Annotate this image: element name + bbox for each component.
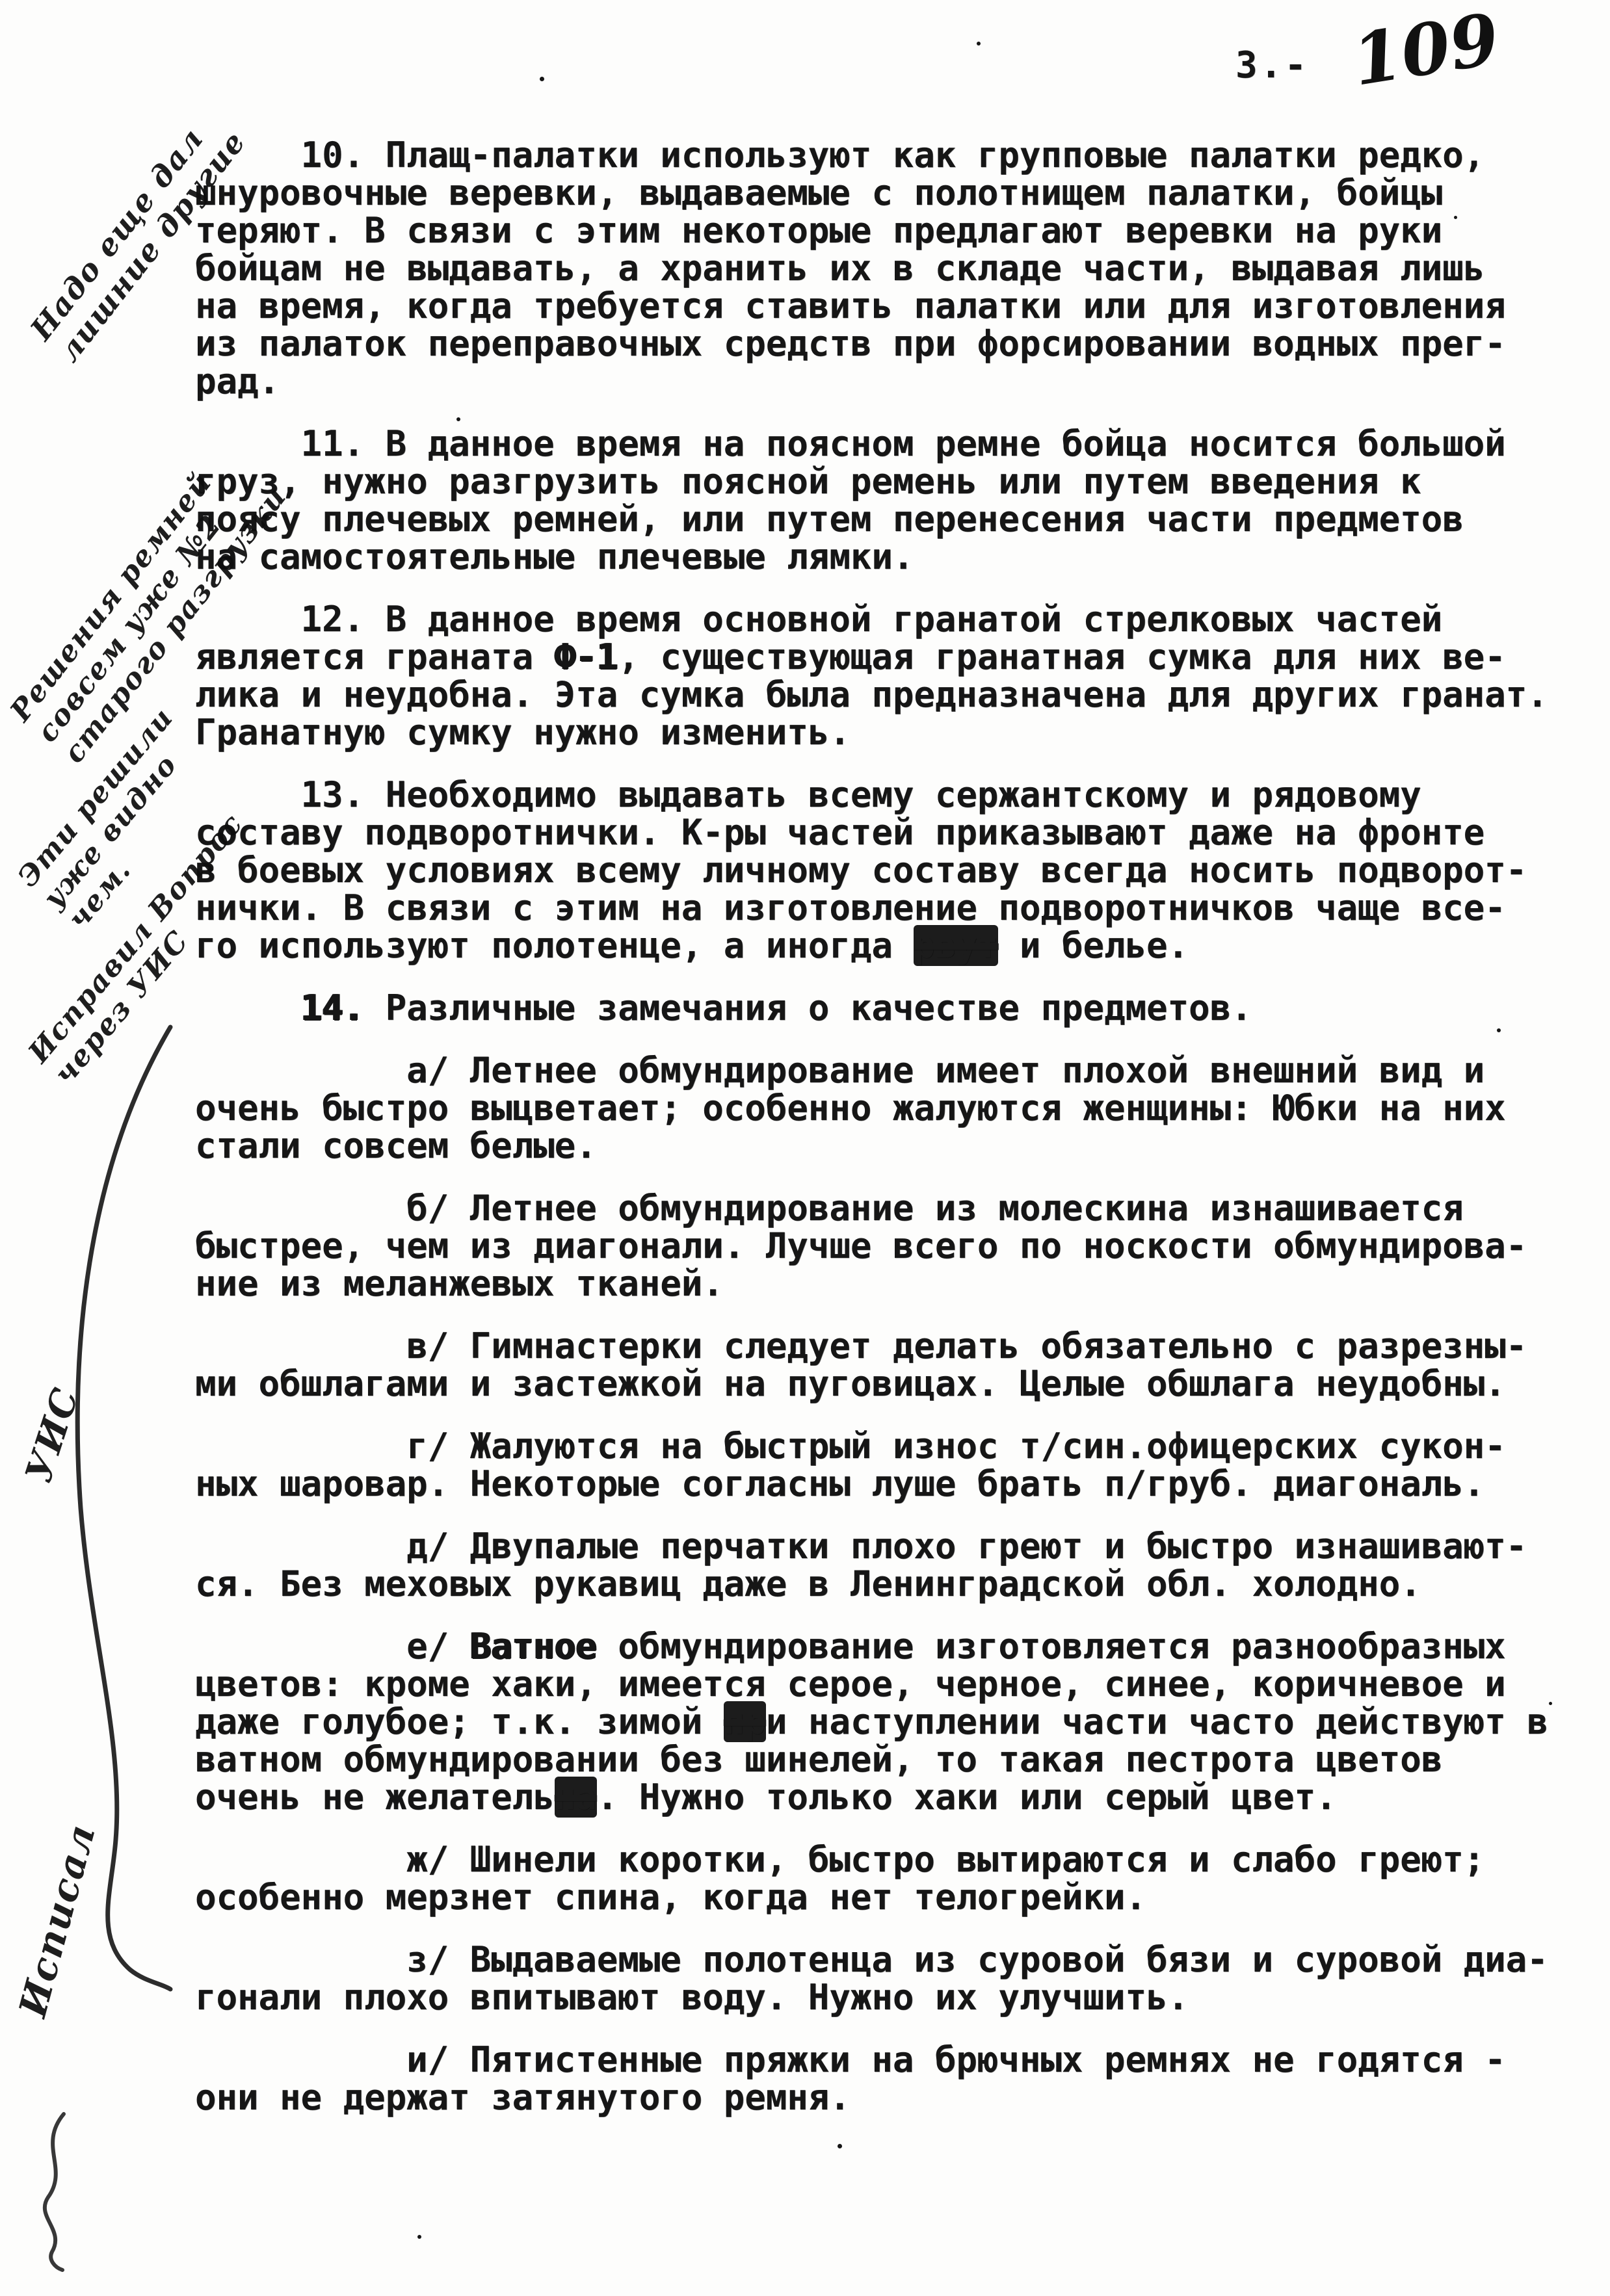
paragraph-item-10: 10. Плащ-палатки используют как групповы… — [195, 137, 1600, 400]
paragraph-item-11: 11. В данное время на поясном ремне бойц… — [195, 425, 1600, 576]
typed-run: на самостоятельные плечевые лямки. — [195, 536, 914, 577]
page-number: 3.- — [1235, 44, 1309, 86]
margin-brace-line — [40, 1014, 222, 2002]
typed-run: лика и неудобна. Эта сумка была предназн… — [195, 674, 1548, 715]
ink-speck — [977, 42, 981, 46]
paragraph-item-14-z: з/ Выдаваемые полотенца из суровой бязи … — [195, 1941, 1600, 2016]
typed-run: 11. В данное время на поясном ремне бойц… — [195, 423, 1506, 464]
typed-run: ся. Без меховых рукавиц даже в Ленинград… — [195, 1563, 1421, 1604]
typed-run: з/ Выдаваемые полотенца из суровой бязи … — [195, 1939, 1548, 1980]
typed-run: б/ Летнее обмундирование из молескина из… — [195, 1188, 1464, 1229]
typed-run: а/ Летнее обмундирование имеет плохой вн… — [195, 1050, 1485, 1091]
typed-run: они не держат затянутого ремня. — [195, 2077, 851, 2118]
paragraph-item-14-d: д/ Двупалые перчатки плохо греют и быстр… — [195, 1528, 1600, 1603]
typed-run: в боевых условиях всему личному составу … — [195, 850, 1527, 891]
paragraph-item-12: 12. В данное время основной гранатой стр… — [195, 601, 1600, 751]
typed-run: ных шаровар. Некоторые согласны луше бра… — [195, 1463, 1485, 1504]
typed-run: г/ Жалуются на быстрый износ т/син.офице… — [195, 1426, 1506, 1467]
typed-run: гонали плохо впитывают воду. Нужно их ул… — [195, 1977, 1189, 2018]
typed-run: является граната — [195, 636, 555, 677]
typed-text: 10. Плащ-палатки используют как групповы… — [195, 137, 1600, 2141]
typed-run: в/ Гимнастерки следует делать обязательн… — [195, 1325, 1527, 1366]
paragraph-item-14-v: в/ Гимнастерки следует делать обязательн… — [195, 1327, 1600, 1403]
paragraph-item-13: 13. Необходимо выдавать всему сержантско… — [195, 776, 1600, 965]
typed-run: теряют. В связи с этим некоторые предлаг… — [195, 210, 1442, 251]
typed-run-blk: на — [555, 1777, 597, 1818]
typed-run: обмундирование изготовляется разнообразн… — [597, 1626, 1506, 1667]
ink-speck — [540, 77, 544, 81]
typed-run: Различные замечания о качестве предметов… — [364, 987, 1252, 1028]
typed-run: нички. В связи с этим на изготовление по… — [195, 887, 1506, 928]
typed-run: очень быстро выцветает; особенно жалуютс… — [195, 1088, 1506, 1128]
typed-run: составу подворотнички. К-ры частей прика… — [195, 812, 1485, 853]
typed-run: особенно мерзнет спина, когда нет телогр… — [195, 1877, 1146, 1918]
typed-run: даже голубое; т.к. зимой — [195, 1701, 724, 1742]
typed-run: Гранатную сумку нужно изменить. — [195, 712, 851, 753]
typed-run: , существующая гранатная сумка для них в… — [618, 636, 1505, 677]
typed-run: 13. Необходимо выдавать всему сержантско… — [195, 774, 1421, 815]
typed-run-ot: Ватное — [470, 1626, 597, 1667]
typed-run: очень не желатель — [195, 1777, 555, 1818]
ink-speck — [838, 2144, 842, 2148]
paragraph-item-14-a: а/ Летнее обмундирование имеет плохой вн… — [195, 1052, 1600, 1165]
paragraph-item-14-b: б/ Летнее обмундирование из молескина из… — [195, 1190, 1600, 1303]
paragraph-item-14-zh: ж/ Шинели коротки, быстро вытираются и с… — [195, 1841, 1600, 1916]
handwritten-folio-number: 109 — [1347, 0, 1505, 102]
paragraph-item-14-i: и/ Пятистенные пряжки на брючных ремнях … — [195, 2041, 1600, 2117]
margin-squiggle-bottom — [26, 2106, 104, 2275]
ink-speck — [456, 417, 460, 421]
typed-run: груз, нужно разгрузить поясной ремень ил… — [195, 461, 1421, 502]
typed-run: е/ — [195, 1626, 470, 1667]
typed-run: поясу плечевых ремней, или путем перенес… — [195, 499, 1464, 540]
scanned-document-page: 3.- 109 10. Плащ-палатки используют как … — [0, 0, 1610, 2296]
typed-run-ot: Ф-1 — [555, 636, 618, 677]
typed-run: шнуровочные веревки, выдаваемые с полотн… — [195, 172, 1442, 213]
typed-run: быстрее, чем из диагонали. Лучше всего п… — [195, 1225, 1527, 1266]
typed-run: . Нужно только хаки или серый цвет. — [597, 1777, 1337, 1818]
typed-run: 10. Плащ-палатки используют как групповы… — [195, 135, 1485, 176]
typed-run-ot: 14. — [301, 987, 365, 1028]
typed-run-blk: пр — [724, 1701, 766, 1742]
ink-speck — [1454, 216, 1457, 219]
typed-run: ние из меланжевых тканей. — [195, 1263, 724, 1304]
typed-run: д/ Двупалые перчатки плохо греют и быстр… — [195, 1526, 1527, 1567]
typed-run: цветов: кроме хаки, имеется серое, черно… — [195, 1663, 1506, 1704]
typed-run: 12. В данное время основной гранатой стр… — [195, 599, 1442, 640]
typed-run: стали совсем белые. — [195, 1125, 597, 1166]
typed-run: го используют полотенце, а иногда — [195, 925, 914, 966]
paragraph-item-14-e: е/ Ватное обмундирование изготовляется р… — [195, 1628, 1600, 1816]
typed-run: на время, когда требуется ставить палатк… — [195, 285, 1506, 326]
ink-speck — [1497, 1028, 1501, 1032]
typed-run: и/ Пятистенные пряжки на брючных ремнях … — [195, 2039, 1506, 2080]
typed-run: из палаток переправочных средств при фор… — [195, 323, 1506, 364]
typed-run-blk: рвут — [914, 925, 998, 966]
typed-run: и наступлении части часто действуют в — [766, 1701, 1548, 1742]
typed-run: рад. — [195, 361, 280, 402]
paragraph-item-14-g: г/ Жалуются на быстрый износ т/син.офице… — [195, 1428, 1600, 1503]
typed-run: ж/ Шинели коротки, быстро вытираются и с… — [195, 1839, 1485, 1880]
ink-speck — [417, 2235, 421, 2239]
typed-run: и белье. — [998, 925, 1189, 966]
typed-run: ватном обмундировании без шинелей, то та… — [195, 1739, 1442, 1780]
typed-run: ми обшлагами и застежкой на пуговицах. Ц… — [195, 1363, 1506, 1404]
ink-speck — [1549, 1702, 1552, 1705]
paragraph-item-14-heading: 14. Различные замечания о качестве предм… — [195, 989, 1600, 1027]
typed-run: бойцам не выдавать, а хранить их в склад… — [195, 248, 1485, 289]
